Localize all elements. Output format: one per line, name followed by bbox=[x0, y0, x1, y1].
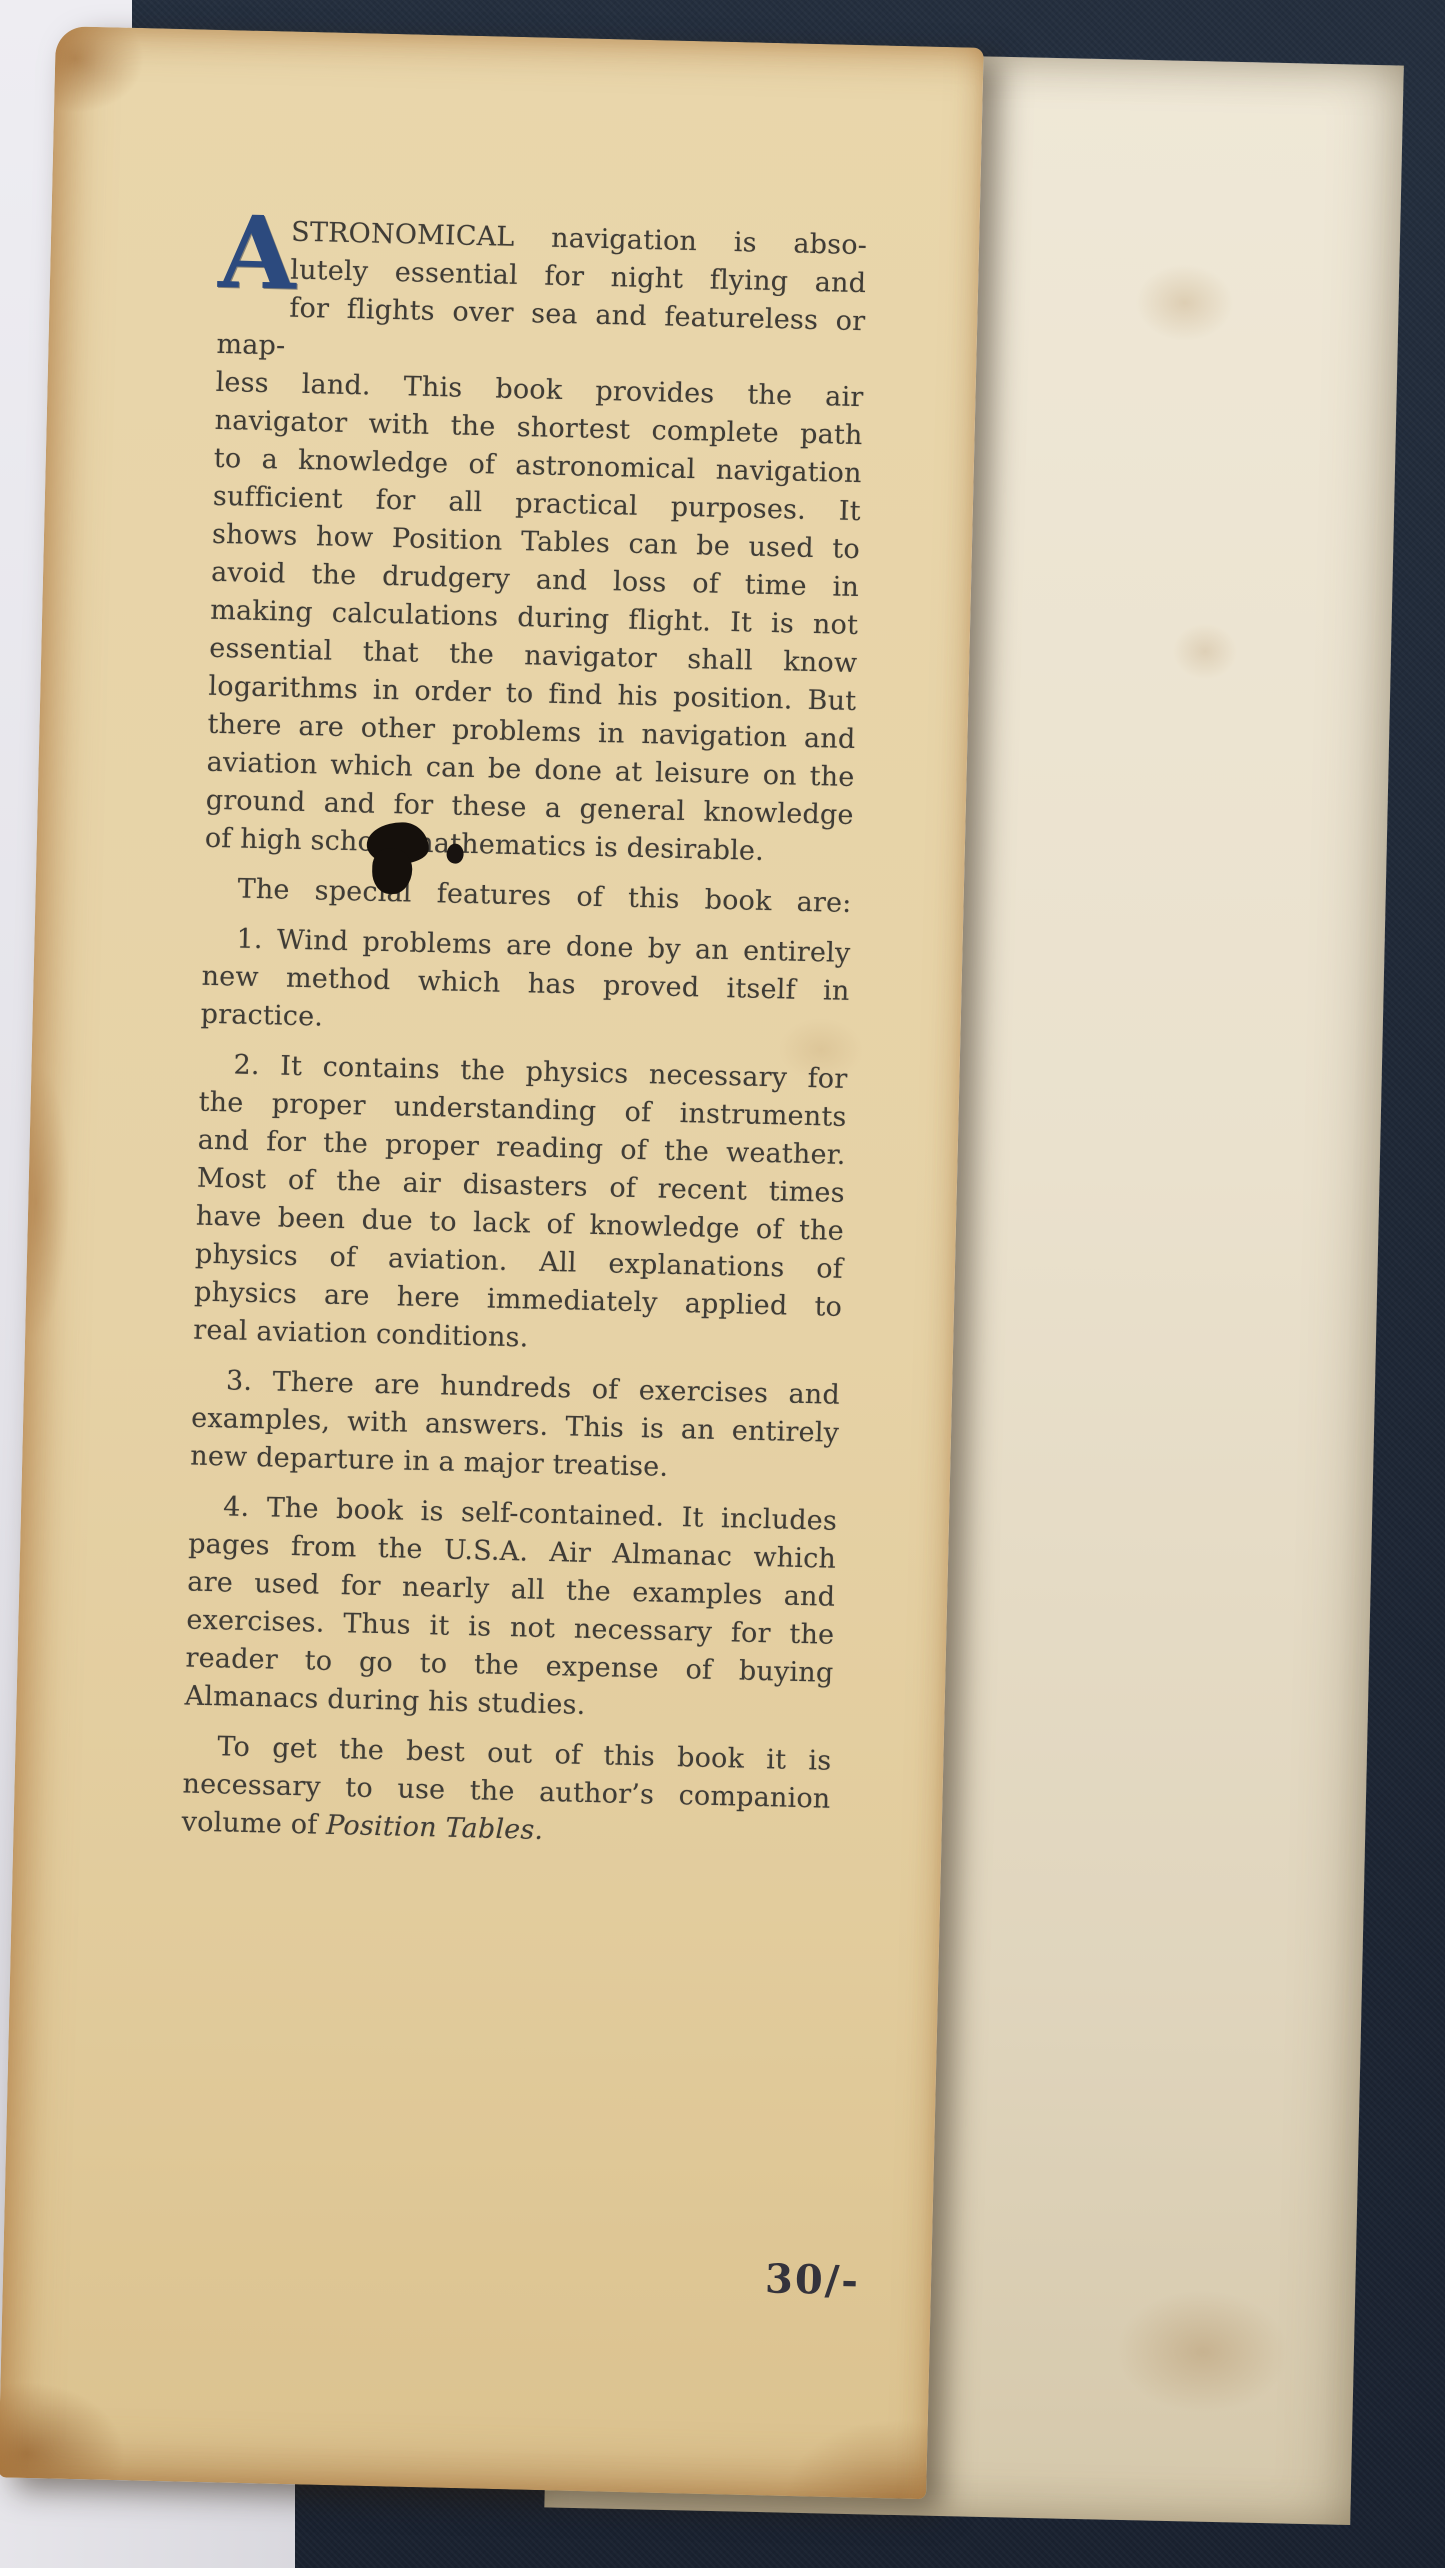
paragraph-feature-4: 4. The book is self-contained. It includ… bbox=[184, 1488, 837, 1731]
paragraph-intro: ASTRONOMICAL navigation is abso-lutely e… bbox=[204, 212, 867, 873]
ink-blot bbox=[366, 822, 432, 897]
paragraph-feature-2: 2. It contains the physics necessary for… bbox=[193, 1046, 848, 1365]
paragraph-feature-1: 1. Wind problems are done by an entirely… bbox=[200, 920, 851, 1049]
dust-jacket-flap: ASTRONOMICAL navigation is abso-lutely e… bbox=[0, 26, 984, 2499]
flap-blurb-text: ASTRONOMICAL navigation is abso-lutely e… bbox=[181, 212, 868, 1869]
paragraph-feature-3: 3. There are hundreds of exercises andex… bbox=[190, 1362, 841, 1491]
price: 30/- bbox=[765, 2255, 861, 2304]
paragraph-closing: To get the best out of this book it isne… bbox=[181, 1727, 832, 1856]
ink-dot bbox=[446, 843, 463, 863]
paragraph-features-heading: The special features of this book are: bbox=[203, 870, 852, 923]
drop-cap: A bbox=[218, 215, 282, 292]
text-line: The special features of this book are: bbox=[203, 870, 852, 923]
